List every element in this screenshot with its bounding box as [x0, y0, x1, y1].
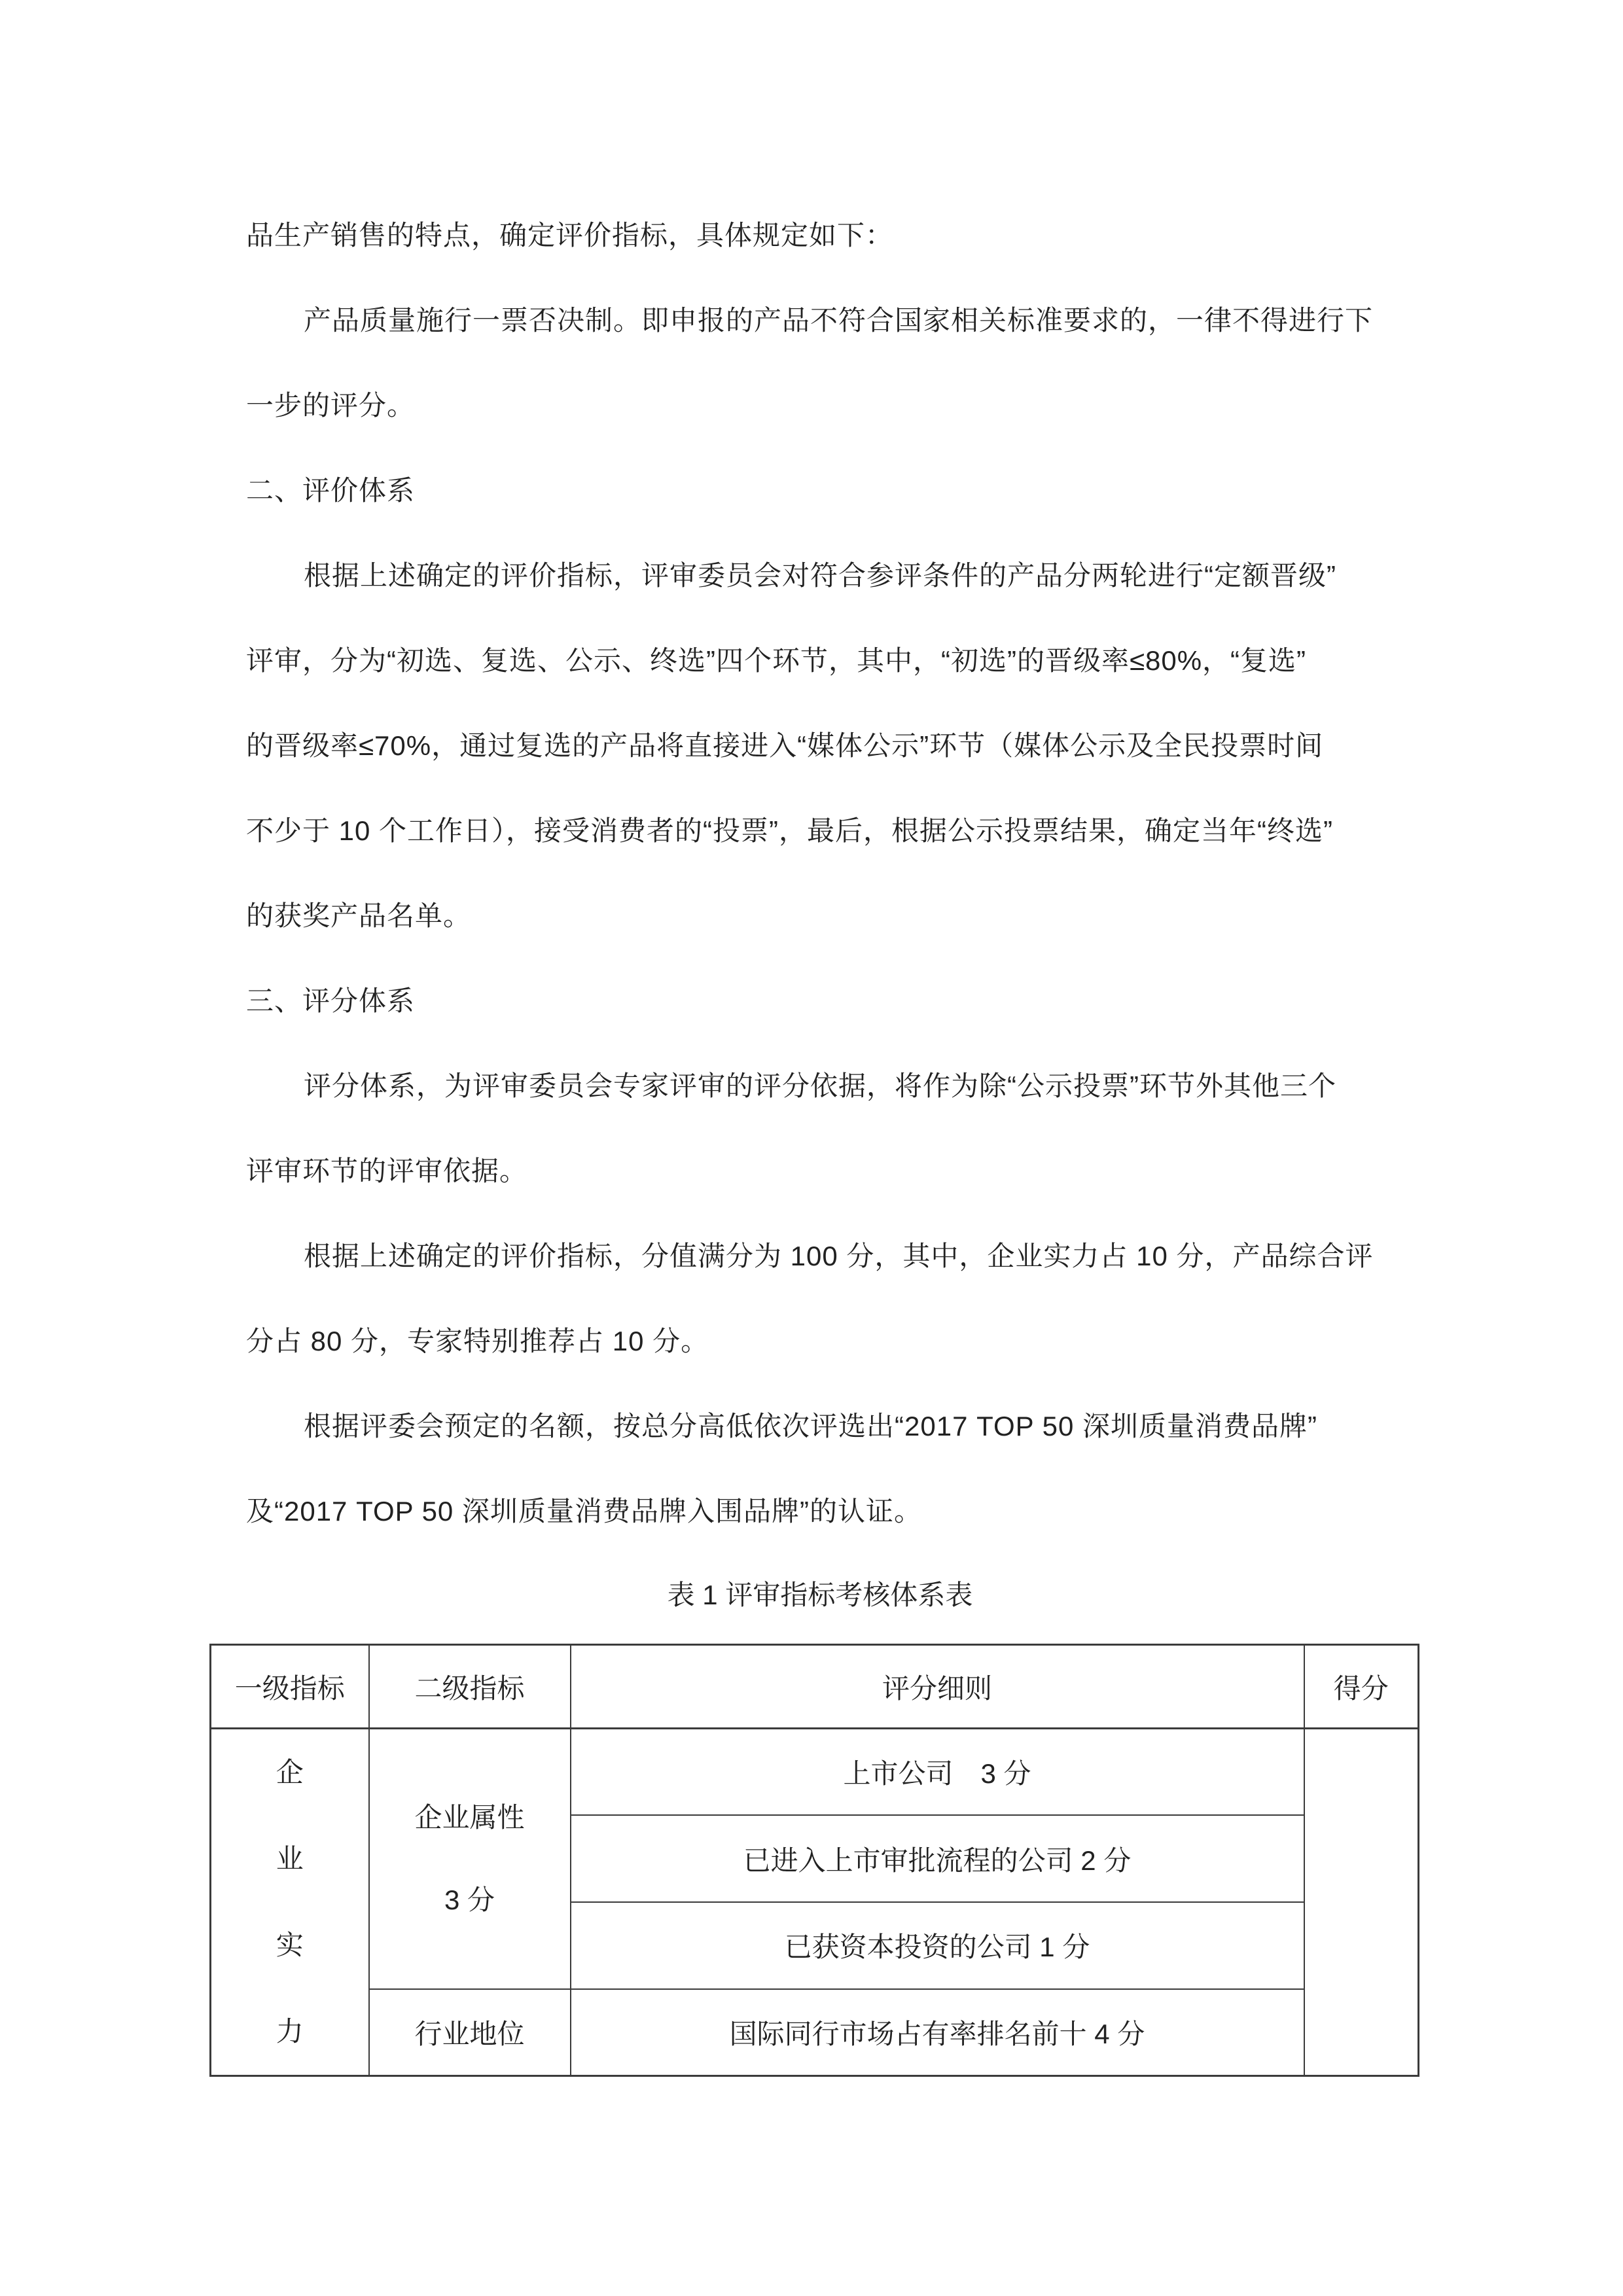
enterprise-attribute-points: 3 分 — [370, 1859, 570, 1941]
level1-char: 实 — [211, 1902, 368, 1988]
enterprise-attribute-label: 企业属性 — [370, 1776, 570, 1859]
paragraph-line: 产品质量施行一票否决制。即申报的产品不符合国家相关标准要求的，一律不得进行下 — [246, 278, 1398, 363]
header-level1-indicator: 一级指标 — [211, 1645, 369, 1729]
section-heading: 二、评价体系 — [246, 448, 1398, 533]
cell-industry-position: 行业地位 — [369, 1989, 571, 2076]
header-scoring-rules: 评分细则 — [571, 1645, 1304, 1729]
body-text: 品生产销售的特点，确定评价指标，具体规定如下： 产品质量施行一票否决制。即申报的… — [246, 193, 1398, 1554]
table-row: 企 业 实 力 企业属性 3 分 上市公司 3 分 — [211, 1729, 1419, 1816]
section-heading: 三、评分体系 — [246, 959, 1398, 1044]
paragraph-line: 的获奖产品名单。 — [246, 874, 1398, 959]
paragraph-line: 的晋级率≤70%，通过复选的产品将直接进入“媒体公示”环节（媒体公示及全民投票时… — [246, 703, 1398, 788]
paragraph-line: 及“2017 TOP 50 深圳质量消费品牌入围品牌”的认证。 — [246, 1469, 1398, 1554]
cell-rule: 国际同行市场占有率排名前十 4 分 — [571, 1989, 1304, 2076]
paragraph-line: 不少于 10 个工作日），接受消费者的“投票”，最后，根据公示投票结果，确定当年… — [246, 788, 1398, 874]
paragraph-line: 评分体系，为评审委员会专家评审的评分依据，将作为除“公示投票”环节外其他三个 — [246, 1044, 1398, 1129]
paragraph-line: 根据上述确定的评价指标，评审委员会对符合参评条件的产品分两轮进行“定额晋级” — [246, 533, 1398, 618]
cell-score-empty — [1304, 1729, 1419, 2076]
paragraph-line: 分占 80 分，专家特别推荐占 10 分。 — [246, 1299, 1398, 1384]
level1-char: 业 — [211, 1816, 368, 1902]
paragraph-line: 评审，分为“初选、复选、公示、终选”四个环节，其中，“初选”的晋级率≤80%，“… — [246, 618, 1398, 703]
cell-rule: 已获资本投资的公司 1 分 — [571, 1902, 1304, 1989]
table-row: 行业地位 国际同行市场占有率排名前十 4 分 — [211, 1989, 1419, 2076]
level1-char: 力 — [211, 1988, 368, 2075]
paragraph-line: 根据评委会预定的名额，按总分高低依次评选出“2017 TOP 50 深圳质量消费… — [246, 1384, 1398, 1469]
evaluation-table: 一级指标 二级指标 评分细则 得分 企 业 实 力 企业属性 3 分 上市公司 … — [209, 1644, 1419, 2077]
header-level2-indicator: 二级指标 — [369, 1645, 571, 1729]
table-caption: 表 1 评审指标考核体系表 — [246, 1553, 1394, 1638]
cell-level1-merged: 企 业 实 力 — [211, 1729, 369, 2076]
paragraph-line: 一步的评分。 — [246, 363, 1398, 448]
header-score: 得分 — [1304, 1645, 1419, 1729]
cell-rule: 已进入上市审批流程的公司 2 分 — [571, 1815, 1304, 1902]
level1-char: 企 — [211, 1729, 368, 1816]
cell-enterprise-attribute: 企业属性 3 分 — [369, 1729, 571, 1989]
document-page: 品生产销售的特点，确定评价指标，具体规定如下： 产品质量施行一票否决制。即申报的… — [0, 0, 1623, 2296]
paragraph-line: 根据上述确定的评价指标，分值满分为 100 分，其中，企业实力占 10 分，产品… — [246, 1214, 1398, 1299]
cell-rule: 上市公司 3 分 — [571, 1729, 1304, 1816]
table-header-row: 一级指标 二级指标 评分细则 得分 — [211, 1645, 1419, 1729]
paragraph-line: 品生产销售的特点，确定评价指标，具体规定如下： — [246, 193, 1398, 278]
paragraph-line: 评审环节的评审依据。 — [246, 1129, 1398, 1214]
